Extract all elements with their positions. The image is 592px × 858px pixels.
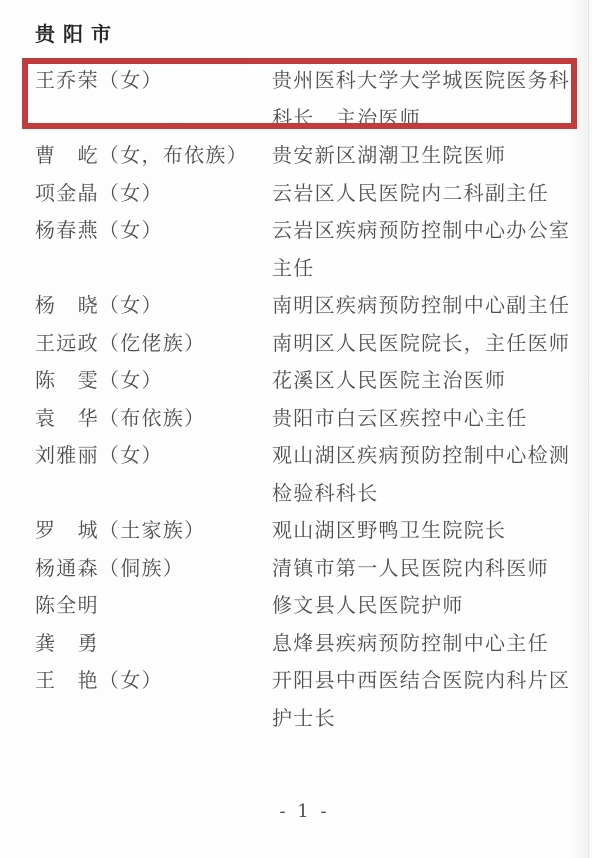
list-item: 龚 勇息烽县疾病预防控制中心主任	[35, 625, 574, 663]
page-edge-line	[588, 0, 589, 858]
person-position: 息烽县疾病预防控制中心主任	[272, 625, 574, 663]
person-position: 贵阳市白云区疾控中心主任	[272, 400, 574, 438]
list-item: 杨春燕（女）云岩区疾病预防控制中心办公室主任	[35, 212, 574, 287]
list-item: 杨通森（侗族）清镇市第一人民医院内科医师	[35, 550, 574, 588]
person-name: 王远政（仡佬族）	[35, 325, 272, 363]
person-name: 罗 城（土家族）	[35, 512, 272, 550]
person-position: 清镇市第一人民医院内科医师	[272, 550, 574, 588]
person-name: 龚 勇	[35, 625, 272, 663]
list-item: 刘雅丽（女）观山湖区疾病预防控制中心检测检验科科长	[35, 437, 574, 512]
person-position: 观山湖区疾病预防控制中心检测检验科科长	[272, 437, 574, 512]
person-position: 云岩区人民医院内二科副主任	[272, 175, 574, 213]
person-name: 刘雅丽（女）	[35, 437, 272, 475]
roster-list: 王乔荣（女）贵州医科大学大学城医院医务科科长，主治医师曹 屹（女，布依族）贵安新…	[35, 62, 574, 737]
person-position: 开阳县中西医结合医院内科片区护士长	[272, 662, 574, 737]
person-name: 杨通森（侗族）	[35, 550, 272, 588]
person-position: 南明区疾病预防控制中心副主任	[272, 287, 574, 325]
person-name: 王 艳（女）	[35, 662, 272, 700]
person-name: 陈全明	[35, 587, 272, 625]
person-name: 杨 晓（女）	[35, 287, 272, 325]
person-name: 王乔荣（女）	[35, 62, 272, 100]
list-item: 王远政（仡佬族）南明区人民医院院长，主任医师	[35, 325, 574, 363]
list-item: 袁 华（布依族）贵阳市白云区疾控中心主任	[35, 400, 574, 438]
list-item: 陈 雯（女）花溪区人民医院主治医师	[35, 362, 574, 400]
list-item: 项金晶（女）云岩区人民医院内二科副主任	[35, 175, 574, 213]
person-position: 贵安新区湖潮卫生院医师	[272, 137, 574, 175]
person-name: 陈 雯（女）	[35, 362, 272, 400]
list-item: 陈全明修文县人民医院护师	[35, 587, 574, 625]
document-page: 贵阳市 王乔荣（女）贵州医科大学大学城医院医务科科长，主治医师曹 屹（女，布依族…	[0, 0, 592, 858]
person-name: 曹 屹（女，布依族）	[35, 137, 272, 175]
person-position: 贵州医科大学大学城医院医务科科长，主治医师	[272, 62, 574, 137]
person-position: 云岩区疾病预防控制中心办公室主任	[272, 212, 574, 287]
person-position: 南明区人民医院院长，主任医师	[272, 325, 574, 363]
person-position: 修文县人民医院护师	[272, 587, 574, 625]
list-item: 杨 晓（女）南明区疾病预防控制中心副主任	[35, 287, 574, 325]
list-item: 罗 城（土家族）观山湖区野鸭卫生院院长	[35, 512, 574, 550]
list-item: 曹 屹（女，布依族）贵安新区湖潮卫生院医师	[35, 137, 574, 175]
person-name: 项金晶（女）	[35, 175, 272, 213]
person-position: 花溪区人民医院主治医师	[272, 362, 574, 400]
person-name: 袁 华（布依族）	[35, 400, 272, 438]
section-title: 贵阳市	[35, 16, 592, 53]
list-item: 王 艳（女）开阳县中西医结合医院内科片区护士长	[35, 662, 574, 737]
person-name: 杨春燕（女）	[35, 212, 272, 250]
person-position: 观山湖区野鸭卫生院院长	[272, 512, 574, 550]
page-number: - 1 -	[35, 801, 574, 822]
list-item: 王乔荣（女）贵州医科大学大学城医院医务科科长，主治医师	[35, 62, 574, 137]
